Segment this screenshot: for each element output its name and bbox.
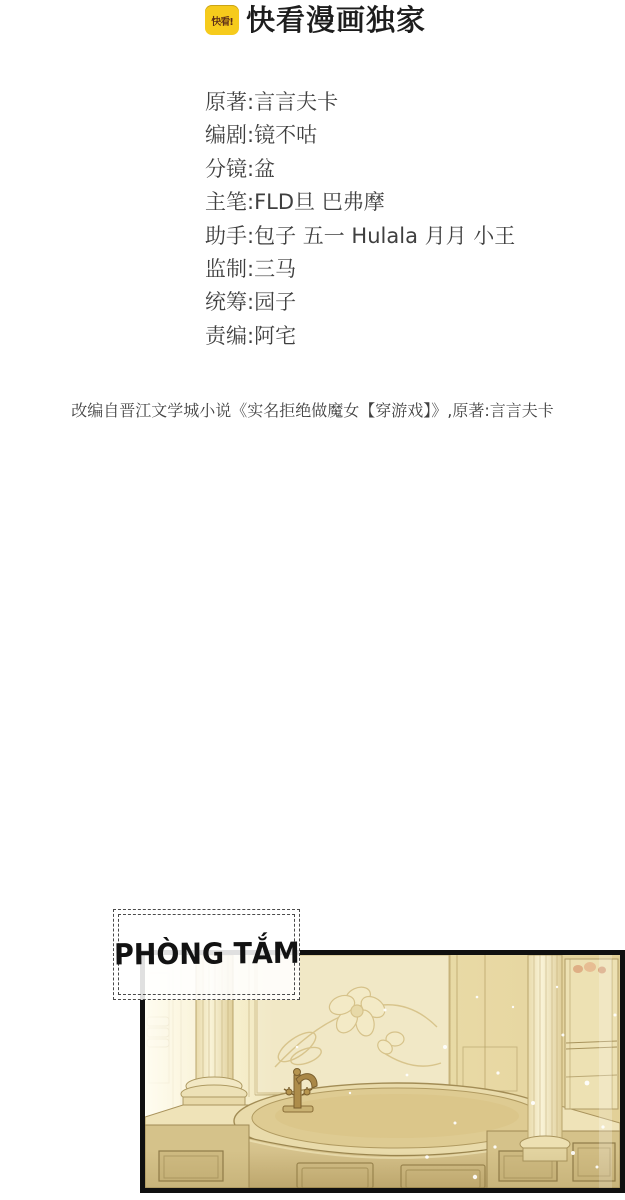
credit-line: 监制:三马: [205, 253, 515, 286]
adaptation-note: 改编自晋江文学城小说《实名拒绝做魔女【穿游戏】》,原著:言言夫卡: [0, 398, 625, 421]
caption-box-inner-border: PHÒNG TẮM: [118, 914, 295, 995]
credit-line: 主笔:FLD旦 巴弗摩: [205, 186, 515, 219]
caption-box: PHÒNG TẮM: [113, 909, 300, 1000]
credit-line: 责编:阿宅: [205, 320, 515, 353]
right-column: [520, 955, 570, 1161]
kuaikan-logo-icon: 快看!: [205, 5, 239, 35]
credits-list: 原著:言言夫卡 编剧:镜不咕 分镜:盆 主笔:FLD旦 巴弗摩 助手:包子 五一…: [205, 86, 515, 353]
credit-line: 编剧:镜不咕: [205, 119, 515, 152]
credit-line: 助手:包子 五一 Hulala 月月 小王: [205, 220, 515, 253]
credit-line: 原著:言言夫卡: [205, 86, 515, 119]
caption-text: PHÒNG TẮM: [114, 937, 300, 972]
credit-line: 分镜:盆: [205, 153, 515, 186]
comic-credits-page: 快看! 快看漫画独家 原著:言言夫卡 编剧:镜不咕 分镜:盆 主笔:FLD旦 巴…: [0, 0, 625, 1200]
credit-line: 统筹:园子: [205, 286, 515, 319]
kuaikan-badge-text: 快看!: [211, 13, 233, 28]
logo-title: 快看漫画独家: [246, 5, 426, 35]
kuaikan-logo: 快看! 快看漫画独家: [205, 5, 426, 35]
